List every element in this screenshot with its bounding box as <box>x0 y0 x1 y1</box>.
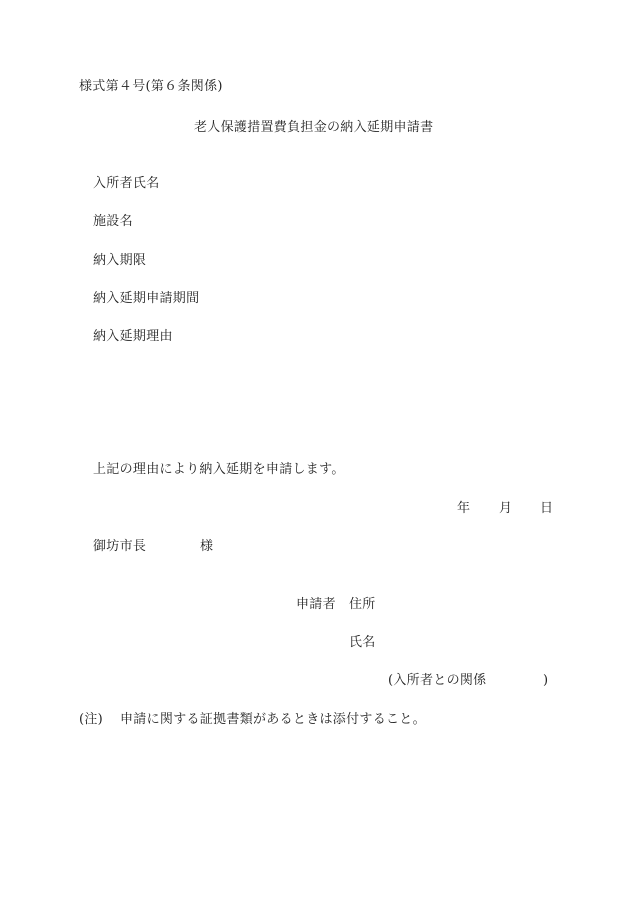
field-label-payment-deadline: 納入期限 <box>93 254 146 267</box>
field-label-resident-name: 入所者氏名 <box>93 177 160 190</box>
form-number: 様式第４号(第６条関係) <box>79 80 223 93</box>
applicant-address-label: 住所 <box>349 598 376 611</box>
document-title: 老人保護措置費負担金の納入延期申請書 <box>194 121 433 134</box>
applicant-name-label: 氏名 <box>349 636 376 649</box>
field-label-extension-period: 納入延期申請期間 <box>93 292 199 305</box>
date-day: 日 <box>540 502 553 515</box>
date-year: 年 <box>457 502 470 515</box>
addressee-honorific: 様 <box>200 540 213 553</box>
note-text: 申請に関する証拠書類があるときは添付すること。 <box>120 713 426 726</box>
applicant-label: 申請者 <box>296 598 336 611</box>
addressee-name: 御坊市長 <box>93 540 146 553</box>
statement: 上記の理由により納入延期を申請します。 <box>93 463 345 476</box>
applicant-relation-close: ) <box>543 674 548 687</box>
applicant-relation-label: (入所者との関係 <box>388 674 486 687</box>
field-label-facility-name: 施設名 <box>93 215 133 228</box>
note-marker: (注) <box>79 713 103 726</box>
field-label-extension-reason: 納入延期理由 <box>93 330 173 343</box>
date-month: 月 <box>499 502 512 515</box>
